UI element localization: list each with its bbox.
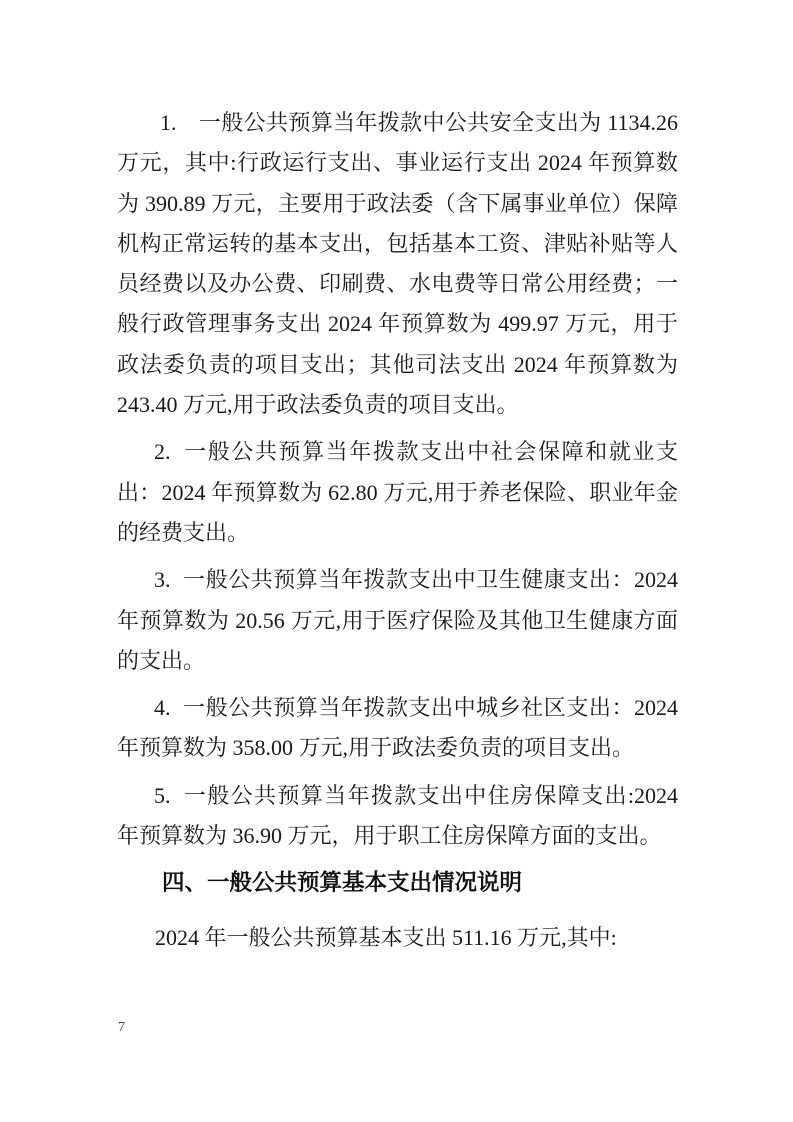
- document-page: 1.一般公共预算当年拨款中公共安全支出为 1134.26 万元，其中:行政运行支…: [0, 0, 793, 1122]
- paragraph-text: 一般公共预算当年拨款支出中卫生健康支出：2024 年预算数为 20.56 万元,…: [117, 567, 678, 673]
- paragraph-text: 一般公共预算当年拨款支出中住房保障支出:2024 年预算数为 36.90 万元，…: [117, 783, 678, 848]
- section-heading: 四、一般公共预算基本支出情况说明: [117, 863, 678, 903]
- paragraph-number: 5.: [154, 783, 183, 808]
- paragraph-number: 4.: [154, 695, 183, 720]
- paragraph-text: 一般公共预算当年拨款支出中社会保障和就业支出：2024 年预算数为 62.80 …: [117, 439, 678, 545]
- budget-item-paragraph-5: 5.一般公共预算当年拨款支出中住房保障支出:2024 年预算数为 36.90 万…: [117, 776, 678, 857]
- budget-item-paragraph-1: 1.一般公共预算当年拨款中公共安全支出为 1134.26 万元，其中:行政运行支…: [117, 103, 678, 425]
- paragraph-text: 一般公共预算当年拨款支出中城乡社区支出：2024 年预算数为 358.00 万元…: [117, 695, 678, 760]
- paragraph-number: 1.: [160, 110, 199, 135]
- paragraph-text: 一般公共预算当年拨款中公共安全支出为 1134.26 万元，其中:行政运行支出、…: [117, 110, 678, 417]
- page-number: 7: [118, 1020, 125, 1036]
- document-body: 1.一般公共预算当年拨款中公共安全支出为 1134.26 万元，其中:行政运行支…: [117, 103, 678, 958]
- paragraph-number: 2.: [154, 439, 183, 464]
- paragraph-number: 3.: [154, 567, 183, 592]
- budget-item-paragraph-3: 3.一般公共预算当年拨款支出中卫生健康支出：2024 年预算数为 20.56 万…: [117, 560, 678, 681]
- budget-item-paragraph-4: 4.一般公共预算当年拨款支出中城乡社区支出：2024 年预算数为 358.00 …: [117, 688, 678, 769]
- budget-item-paragraph-2: 2.一般公共预算当年拨款支出中社会保障和就业支出：2024 年预算数为 62.8…: [117, 432, 678, 553]
- closing-paragraph: 2024 年一般公共预算基本支出 511.16 万元,其中:: [117, 918, 678, 958]
